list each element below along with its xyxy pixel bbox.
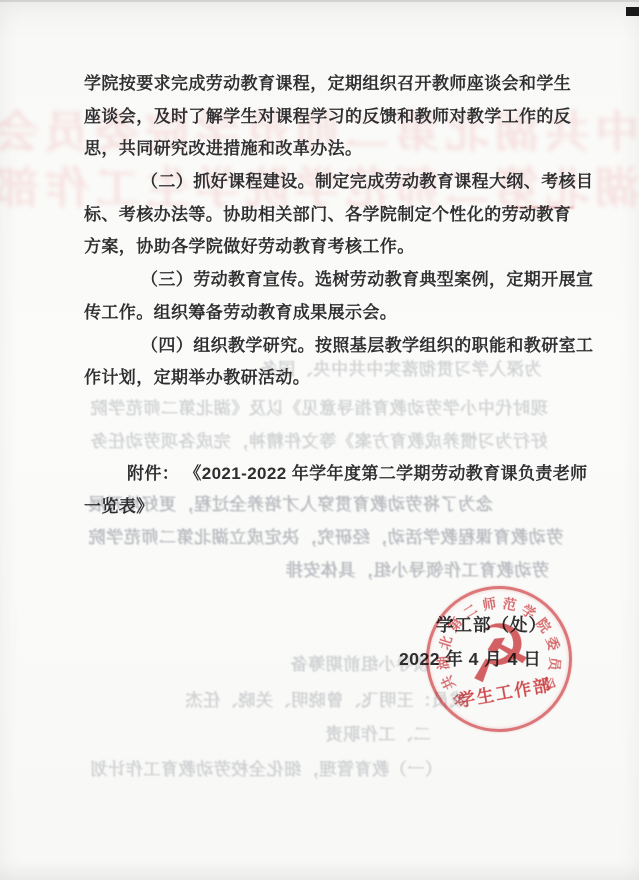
bleed-through-line: 二、工作职责 — [325, 720, 431, 745]
text-line: 传工作。组织筹备劳动教育成果展示会。 — [84, 297, 584, 330]
text-line: 思，共同研究改进措施和改革办法。 — [84, 133, 584, 166]
scan-edge-strip — [0, 0, 639, 2]
scanned-document-page: 中共湖北第二师范学院委员会湖北第二师范学院学生工作部 为深入学习贯彻落实中共中央… — [0, 0, 639, 880]
text-line: 方案，协助各学院做好劳动教育考核工作。 — [84, 231, 584, 264]
attachment-line: 附件： 《2021-2022 年学年度第二学期劳动教育课负责老师 — [84, 458, 584, 491]
attachment-line: 一览表》 — [84, 491, 584, 524]
bleed-through-line: 成员：王明飞、曾晓明、关晓、任杰 — [185, 686, 467, 711]
scan-artifact-corner — [626, 7, 639, 16]
bleed-through-line: 现时代中小学劳动教育指导意见》以及《湖北第二师范学院 — [90, 394, 548, 419]
text-line: （二）抓好课程建设。制定完成劳动教育课程大纲、考核目 — [84, 166, 584, 199]
document-body: 学院按要求完成劳动教育课程，定期组织召开教师座谈会和学生座谈会，及时了解学生对课… — [84, 68, 584, 395]
text-line: 学院按要求完成劳动教育课程，定期组织召开教师座谈会和学生 — [84, 68, 584, 101]
official-seal: 中共湖北第二师范学院委员会 ☭ 学生工作部 — [414, 574, 583, 743]
text-line: （四）组织教学研究。按照基层教学组织的职能和教研室工 — [84, 330, 584, 363]
seal-arc-char: 湖 — [432, 656, 453, 671]
text-line: 标、考核办法等。协助相关部门、各学院制定个性化的劳动教育 — [84, 199, 584, 232]
text-line: 作计划，定期举办教研活动。 — [84, 362, 584, 395]
bleed-through-line: 劳动教育工作领导小组，具体安排 — [285, 556, 549, 581]
attachment-note: 附件： 《2021-2022 年学年度第二学期劳动教育课负责老师一览表》 — [84, 458, 584, 523]
text-line: （三）劳动教育宣传。选树劳动教育典型案例，定期开展宣 — [84, 264, 584, 297]
bleed-through-line: 劳动教育课程教学活动，经研究，决定成立湖北第二师范学院 — [88, 523, 563, 548]
bleed-through-line: （一）教育管理，细化全校劳动教育工作计划 — [90, 755, 442, 780]
bleed-through-line: 好行为习惯养成教育方案》等文件精神，完成各项劳动任务 — [90, 427, 548, 452]
text-line: 座谈会，及时了解学生对课程学习的反馈和教师对教学工作的反 — [84, 101, 584, 134]
